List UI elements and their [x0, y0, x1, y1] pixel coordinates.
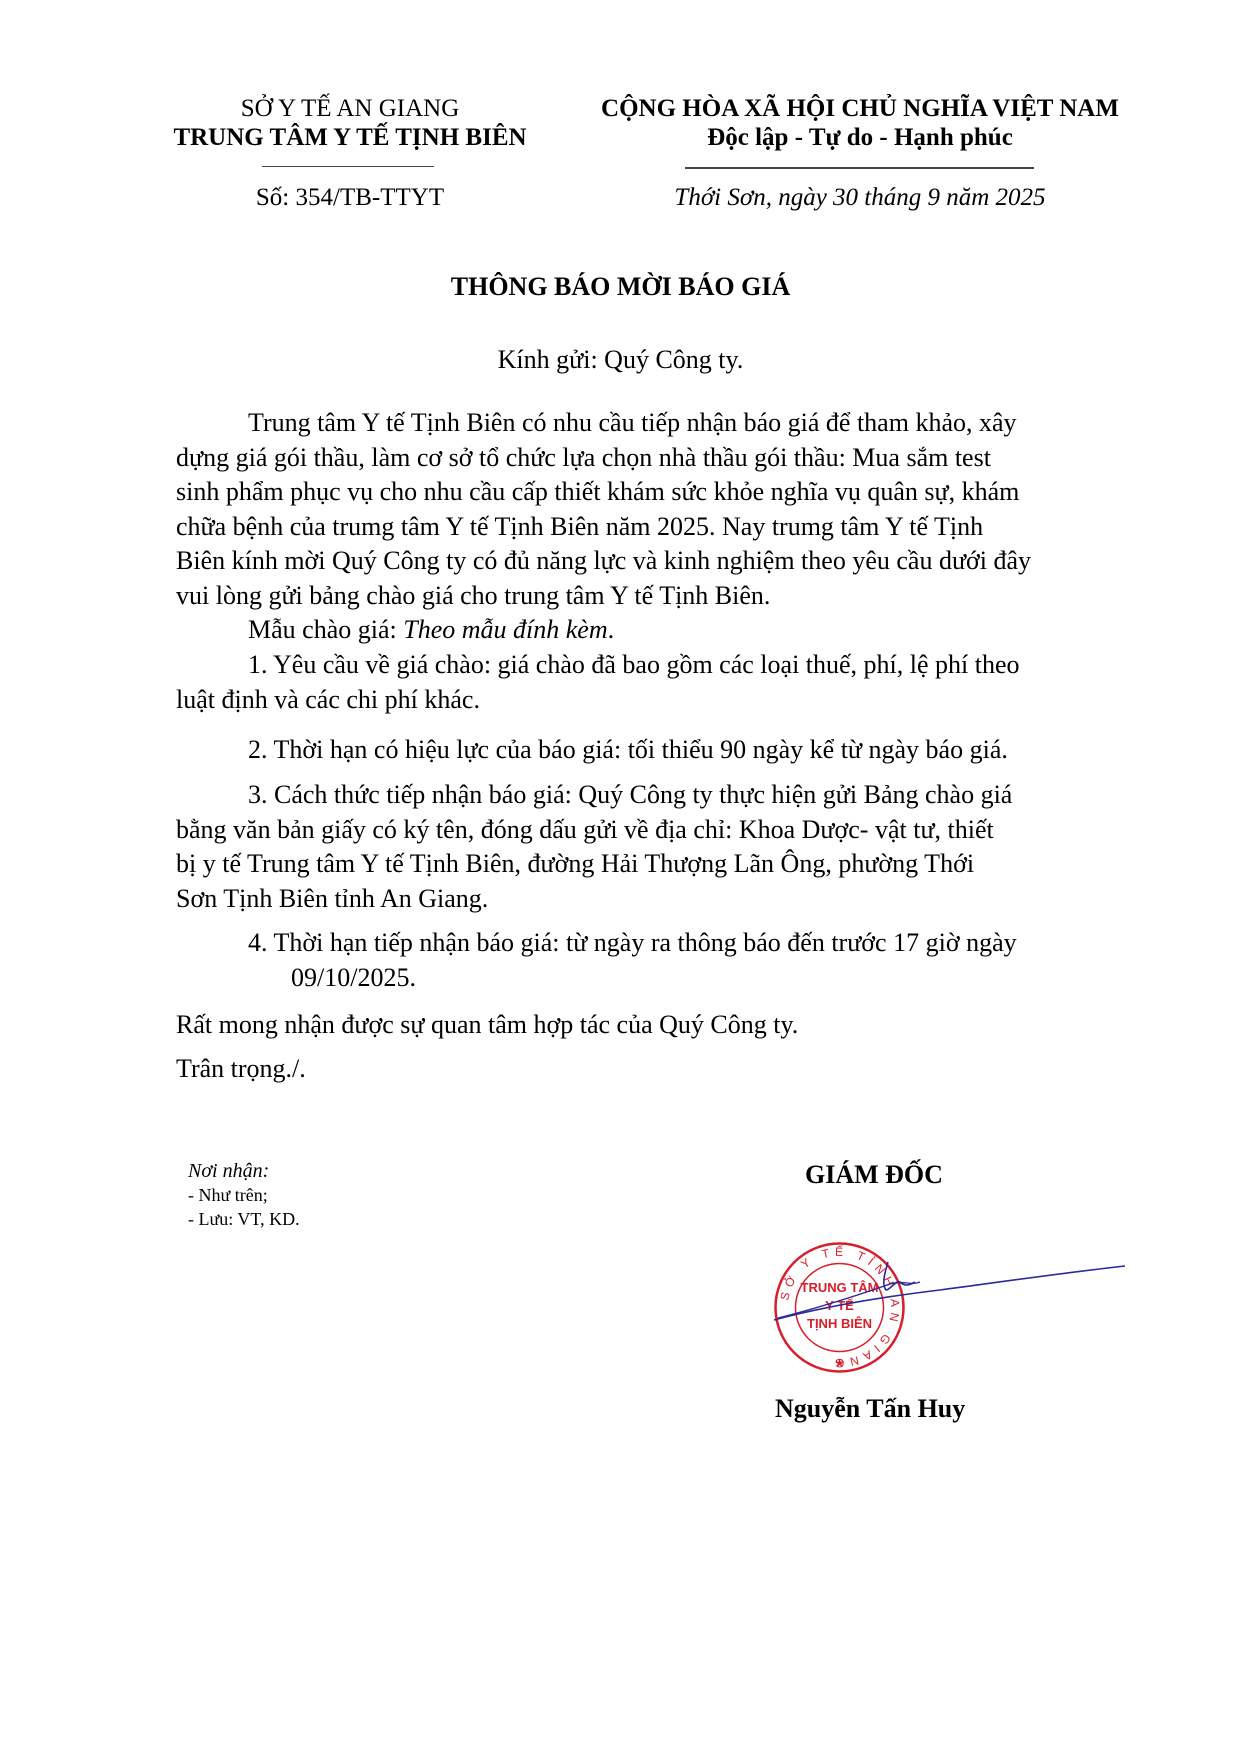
salutation: Kính gửi: Quý Công ty.	[0, 345, 1241, 375]
intro-line: Biên kính mời Quý Công ty có đủ năng lực…	[176, 544, 1126, 579]
item-4: 4. Thời hạn tiếp nhận báo giá: từ ngày r…	[176, 926, 1126, 995]
item-3: 3. Cách thức tiếp nhận báo giá: Quý Công…	[176, 778, 1126, 916]
regards: Trân trọng./.	[176, 1052, 1126, 1087]
recipient-item: - Như trên;	[188, 1185, 268, 1206]
closing: Rất mong nhận được sự quan tâm hợp tác c…	[176, 1008, 1126, 1043]
intro-line: dựng giá gói thầu, làm cơ sở tổ chức lựa…	[176, 441, 1126, 476]
intro-line: Trung tâm Y tế Tịnh Biên có nhu cầu tiếp…	[176, 406, 1126, 441]
template-line: Mẫu chào giá: Theo mẫu đính kèm.	[176, 613, 1126, 648]
place-date: Thới Sơn, ngày 30 tháng 9 năm 2025	[560, 183, 1160, 213]
intro-paragraph: Trung tâm Y tế Tịnh Biên có nhu cầu tiếp…	[176, 406, 1126, 648]
intro-line: sinh phẩm phục vụ cho nhu cầu cấp thiết …	[176, 475, 1126, 510]
regards-line: Trân trọng./.	[176, 1052, 1126, 1087]
item-1: 1. Yêu cầu về giá chào: giá chào đã bao …	[176, 648, 1126, 717]
motto-underline	[685, 167, 1034, 169]
item-3-line: Sơn Tịnh Biên tỉnh An Giang.	[176, 882, 1126, 917]
template-value: Theo mẫu đính kèm	[403, 615, 607, 644]
item-1-line: luật định và các chi phí khác.	[176, 683, 1126, 718]
intro-line: chữa bệnh của trumg tâm Y tế Tịnh Biên n…	[176, 510, 1126, 545]
signer-position: GIÁM ĐỐC	[805, 1160, 943, 1190]
star-icon: ★	[834, 1356, 845, 1370]
item-4-line: 09/10/2025.	[176, 961, 1126, 996]
agency-name: TRUNG TÂM Y TẾ TỊNH BIÊN	[140, 123, 560, 153]
item-2: 2. Thời hạn có hiệu lực của báo giá: tối…	[176, 733, 1126, 768]
country-name: CỘNG HÒA XÃ HỘI CHỦ NGHĨA VIỆT NAM	[560, 94, 1160, 124]
motto: Độc lập - Tự do - Hạnh phúc	[560, 123, 1160, 153]
signer-name: Nguyễn Tấn Huy	[775, 1394, 965, 1424]
closing-line: Rất mong nhận được sự quan tâm hợp tác c…	[176, 1008, 1126, 1043]
item-3-line: 3. Cách thức tiếp nhận báo giá: Quý Công…	[176, 778, 1126, 813]
agency-parent: SỞ Y TẾ AN GIANG	[140, 94, 560, 124]
template-label: Mẫu chào giá:	[248, 615, 403, 644]
item-3-line: bằng văn bản giấy có ký tên, đóng dấu gử…	[176, 813, 1126, 848]
agency-underline	[262, 166, 434, 167]
recipient-item: - Lưu: VT, KD.	[188, 1209, 300, 1230]
signature-icon	[770, 1260, 1130, 1340]
item-3-line: bị y tế Trung tâm Y tế Tịnh Biên, đường …	[176, 847, 1126, 882]
recipients-label: Nơi nhận:	[188, 1160, 269, 1183]
item-2-line: 2. Thời hạn có hiệu lực của báo giá: tối…	[176, 733, 1126, 768]
doc-number: Số: 354/TB-TTYT	[140, 183, 560, 213]
page-title: THÔNG BÁO MỜI BÁO GIÁ	[0, 272, 1241, 302]
item-1-line: 1. Yêu cầu về giá chào: giá chào đã bao …	[176, 648, 1126, 683]
item-4-line: 4. Thời hạn tiếp nhận báo giá: từ ngày r…	[176, 926, 1126, 961]
intro-line: vui lòng gửi bảng chào giá cho trung tâm…	[176, 579, 1126, 614]
